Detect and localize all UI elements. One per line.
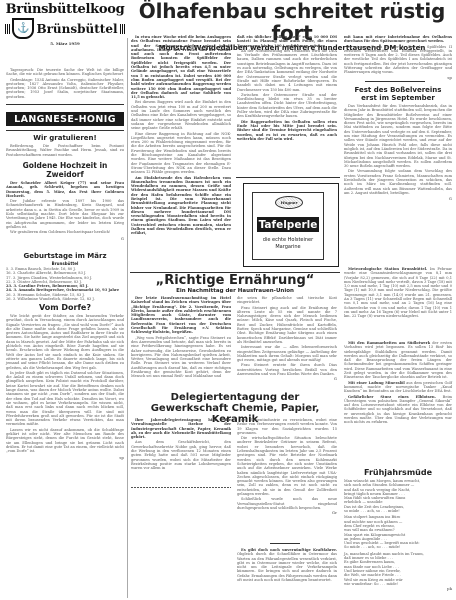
oelhafen-col1: In etwa einer Woche wird die beim Ausbag… (131, 35, 231, 237)
masthead-row: ⚓ Brünsbüttel (2, 18, 128, 39)
dotted-divider (131, 487, 231, 488)
poem-stanza: Man stolpert langsam ins Büro und möchte… (344, 515, 452, 549)
delegierten-paragraph: Die wirtschaftspolitische Situation bele… (237, 436, 337, 496)
divider (6, 104, 124, 105)
gratulieren-heading: Wir gratulieren! (6, 134, 124, 142)
gratulieren-article: Wir gratulieren! Beförderung. Die Postsc… (6, 134, 124, 158)
gedenktage-text: Gedenktage: 1534 Antonio da Correggio, i… (6, 78, 124, 99)
poem-line: so müde . . . ach, so . . . müde! (344, 509, 452, 513)
delegierten-col1: Ihre Jahresdelegiertentagung hielt die V… (131, 418, 231, 472)
oelhafen-paragraph: Bei diesem Baggern wird auch die Einfahr… (131, 100, 231, 130)
elblotse-text: Beim Übersteigen vom polnischen Dampfer … (344, 395, 452, 425)
dorfe-paragraph: Lassen wir es nicht darauf ankommen, ob … (6, 428, 124, 454)
hochzeit-signature: G (6, 236, 124, 241)
masthead: Brünsbüttelkoog ⚓ Brünsbüttel 5. März 19… (2, 2, 128, 46)
bosselverein-paragraph: Die Versammlung folgte sodann dem Vorsch… (344, 169, 452, 195)
geburtstage-heading: Geburtstage im März (6, 252, 124, 260)
oelhafen-col3-lead: mit kann mit einer Inbetriebnahme des Oe… (344, 35, 452, 44)
poem-signature: pk (344, 586, 452, 591)
divider (270, 543, 300, 544)
poem: Frühjahrsmüde Man wünscht am Morgen, kau… (344, 468, 452, 591)
dorfe-signature: sp (6, 455, 124, 460)
masthead-bar-right (120, 24, 125, 34)
meteorologie-text: Im Februar wurde eine Gesamtniederschlag… (344, 267, 452, 318)
column-rule (127, 38, 128, 598)
tagesspruch-text: Tagesspruch: Die teuerste Sache der Welt… (6, 68, 124, 77)
richtige-subheading: Ein Nachmittag der Hausfrauen-Union (130, 288, 340, 294)
oelhafen-col3: mit kann mit einer Inbetriebnahme des Oe… (344, 35, 452, 80)
tagesspruch: Tagesspruch: Die teuerste Sache der Welt… (6, 68, 124, 100)
tafelperle-ad: Wagner Tafelperle die echte Holsteiner M… (243, 183, 339, 267)
delegierten-paragraph: der Zementindustrie zu verzeichnen, wobe… (237, 418, 337, 435)
delegierten-lead: Ihre Jahresdelegiertentagung hielt die V… (131, 418, 231, 439)
richtige-signature: G (237, 377, 337, 381)
bosselverein-paragraph: Das Verbandsfest für den Unterverbandsbe… (344, 104, 452, 168)
oelhafen-signature: sp (344, 76, 452, 80)
masthead-subtitle: Brünsbüttel (36, 22, 117, 36)
poem-stanza: Man wünscht am Morgen, kaum erwacht, sic… (344, 479, 452, 513)
richtige-lead: Der letzte Hausfrauennachmittag im Hotel… (131, 296, 231, 335)
gratulieren-text: Beförderung. Die Postschaffner beim Post… (6, 144, 124, 157)
delegierten-paragraph: Schließlich wurde noch das neue Verwaltu… (237, 497, 337, 510)
richtige-col2: die seien für pflanzliche und tierische … (237, 296, 337, 382)
geburtstage-article: Geburtstage im März Brunsbüttel 5. 3. Em… (6, 252, 124, 301)
bosselverein-heading-2: erst im September (344, 94, 452, 102)
ad-tagline-line2: Margarine (253, 244, 323, 251)
ad-tagline-line1: die echte Holsteiner (253, 237, 323, 244)
oelhafen-col2-lead: daß ein üblicher Dalben „nur“ etwa 10 00… (237, 35, 337, 48)
brand-logo: Wagner (275, 196, 303, 209)
delegierten-heading-1: Delegiertentagung der (130, 392, 340, 403)
poem-line: So müde . . . ach, so . . . müde! (344, 545, 452, 549)
dorfe-heading: Vom Dorfe? (6, 303, 124, 312)
birthday-entry: 26. 3. Wilhelmine Wunderlich, Südersir. … (6, 297, 124, 301)
masthead-bar-left (5, 24, 10, 34)
kraftfahrer-notice: Es gibt doch noch unvernünftige Kraftfah… (237, 548, 337, 583)
oelhafen-paragraph: In etwa einer Woche wird die beim Ausbag… (131, 35, 231, 99)
bosselverein-article: Fest des Boßelvereins erst im September … (344, 86, 452, 201)
richtige-paragraph: Frau Steinert erntete für ihren durch Di… (237, 363, 337, 376)
oelhafen-paragraph: Am Einfahrtsende des das Hafenbecken vom… (131, 176, 231, 236)
poem-stanza: Ja, manchmal glaubt man nachts im Traum,… (344, 552, 452, 586)
margarine-package: Wagner Tafelperle die echte Holsteiner M… (252, 192, 324, 260)
issue-date: 5. März 1959 (2, 41, 128, 46)
rammarbeiten-text: der ersten Vorhafens wird jetzt begonnen… (344, 341, 452, 379)
oelhafen-col2-bold: Die Baggerarbeiten im Oelhafen sollen et… (237, 120, 337, 141)
ad-brand-name: Tafelperle (257, 217, 319, 232)
dorfe-paragraph: Wie leicht gerät der Städter, an den bra… (6, 314, 124, 370)
dorfe-article: Vom Dorfe? Wie leicht gerät der Städter,… (6, 303, 124, 460)
divider (236, 177, 340, 178)
oelhafen-paragraph: An der Nordböschung des Oelhafens wird d… (237, 49, 337, 92)
kraftfahrer-text: Obgleich durch die Schnellfähre in Oster… (237, 552, 337, 582)
bosselverein-signature: G (344, 196, 452, 201)
oelhafen-col2: daß ein üblicher Dalben „nur“ etwa 10 00… (237, 35, 337, 142)
oelhafen-paragraph: Eine dieser Baggerung in Richtung auf di… (131, 132, 231, 175)
hochzeit-article: Goldene Hochzeit in Zweidorf Der Schneid… (6, 161, 124, 241)
richtige-col1: Der letzte Hausfrauennachmittag im Hotel… (131, 296, 231, 380)
hochzeit-body: Der Jubilar erlernte von 1897 bis 1900 d… (6, 199, 124, 229)
masthead-title: Brünsbüttelkoog (2, 2, 128, 17)
oelhafen-paragraph: In einigen Tagen ist der 1. Teil des Spü… (344, 45, 452, 75)
poem-heading: Frühjahrsmüde (344, 468, 452, 477)
divider (6, 130, 124, 131)
delegierten-col2: der Zementindustrie zu verzeichnen, wobe… (237, 418, 337, 516)
langnese-honig-ad: LANGNESE-HONIG (6, 112, 124, 126)
delegierten-signature: Gr (237, 511, 337, 515)
richtige-paragraph: Interessant war die — allen lebensreform… (237, 345, 337, 362)
hochzeit-closing: Wir gratulieren dem Goldenen Hochzeitspa… (6, 230, 124, 234)
hochzeit-lead: Der Schneider Albert Krüger (77) und sei… (6, 181, 124, 198)
richtige-paragraph: die seien für pflanzliche und tierische … (237, 296, 337, 305)
divider (365, 81, 425, 82)
dorfe-paragraph: In jeder Stadt gibt es täglich ein Dutze… (6, 371, 124, 427)
richtige-heading: „Richtige Ernährung“ (130, 273, 340, 288)
rammarbeiten-notice: Mit den Rammarbeiten am Südlotwerk der e… (344, 341, 452, 426)
ad-tagline: die echte Holsteiner Margarine (253, 237, 323, 251)
richtige-heading-block: „Richtige Ernährung“ Ein Nachmittag der … (130, 273, 340, 294)
geburtstage-subheading: Brunsbüttel (6, 261, 124, 266)
oelhafen-paragraph: Zwischen der Ostermoorer Straße und der … (237, 93, 337, 119)
crest-anchor-icon: ⚓ (12, 18, 34, 39)
delegierten-paragraph: Aus dem Geschäftsbericht, den Gewerkscha… (131, 440, 231, 470)
hochzeit-heading: Goldene Hochzeit in Zweidorf (6, 161, 124, 179)
meteorologie-notice: Meteorologische Station Brunsbüttel. Im … (344, 267, 452, 320)
richtige-paragraph: Frau Steinert ging auch auf die Ernährun… (237, 306, 337, 345)
bosselverein-heading-1: Fest des Boßelvereins (344, 86, 452, 94)
richtige-paragraph: „Weg vom Fettpölsterchen“, sagte Frau St… (131, 336, 231, 379)
